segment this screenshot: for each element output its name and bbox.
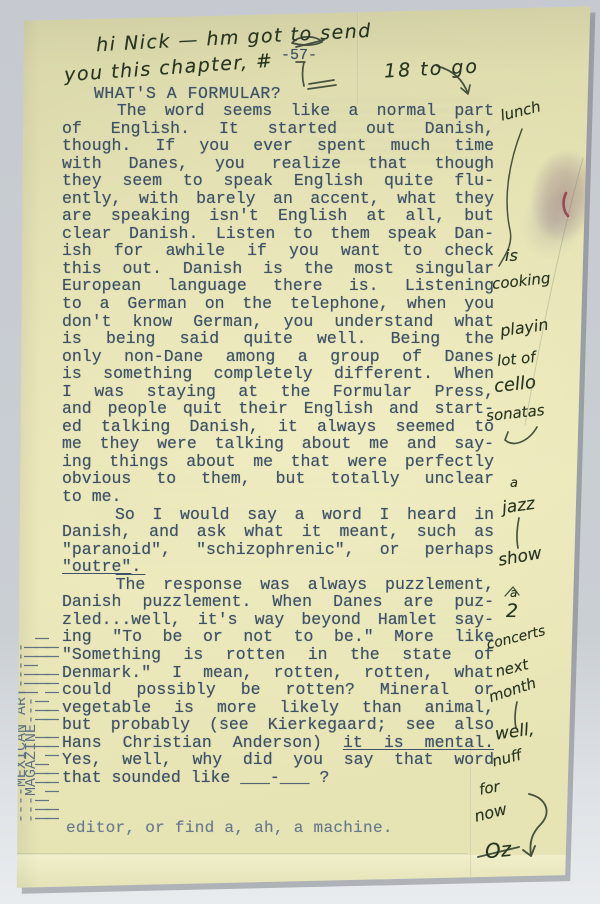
typed-line: Hans Christian Anderson) it is mental. xyxy=(62,734,494,752)
typed-line: So I would say a word I heard in xyxy=(62,506,494,524)
typed-line: Yes, well, why did you say that word xyxy=(62,751,494,769)
typed-line: ed talking Danish, it always seemed to xyxy=(62,418,494,436)
typed-line: me they were talking about me and say- xyxy=(62,435,494,453)
typed-line: vegetable is more likely than animal, xyxy=(62,699,494,717)
typed-line: Danish, and ask what it meant, such as xyxy=(62,523,494,541)
typed-line: ish for awhile if you want to check xyxy=(62,242,494,260)
typed-line: that sounded like ___-___ ? xyxy=(62,769,494,787)
margin-note-well: well, xyxy=(494,719,536,744)
typewritten-page: -57- WHAT'S A FORMULAR? The word seems l… xyxy=(0,0,600,904)
typed-line: of English. It started out Danish, xyxy=(62,120,494,138)
typed-line: clear Danish. Listen to them speak Dan- xyxy=(62,225,494,243)
typed-line: ing "To be or not to be." More like xyxy=(62,628,494,646)
margin-note-2: 2 xyxy=(506,600,518,622)
typed-line: don't know German, you understand what xyxy=(62,313,494,331)
typed-line: "paranoid", "schizophrenic", or perhaps xyxy=(62,541,494,559)
typed-line: The response was always puzzlement, xyxy=(62,576,494,594)
footer-typed-line: editor, or find a, ah, a machine. xyxy=(66,819,393,837)
margin-note-nuff: nuff xyxy=(490,746,523,771)
page-number: -57- xyxy=(281,47,317,64)
margin-note-jazz: jazz xyxy=(501,494,536,518)
typed-line: obvious to them, but totally unclear xyxy=(62,470,494,488)
margin-note-for: for xyxy=(478,777,501,798)
mexican-art-magazine-stamp: || || ||| || ||| || ||| ----MEXICAN ART-… xyxy=(6,573,59,823)
margin-note-show: show xyxy=(497,543,544,570)
crease-bottom-horizontal xyxy=(16,853,468,855)
typed-line: "Something is rotten in the state of xyxy=(62,646,494,664)
typed-line: and people quit their English and start- xyxy=(62,400,494,418)
margin-note-lunch: lunch xyxy=(498,97,542,124)
typed-line: European language there is. Listening xyxy=(62,277,494,295)
typed-line: could possibly be rotten? Mineral or xyxy=(62,681,494,699)
handwritten-pages-to-go: 18 to go xyxy=(383,56,479,83)
scanned-page-scene: -57- WHAT'S A FORMULAR? The word seems l… xyxy=(0,0,600,904)
typed-line: but probably (see Kierkegaard; see also xyxy=(62,716,494,734)
typed-line: with Danes, you realize that though xyxy=(62,155,494,173)
margin-note-a2: a xyxy=(510,586,517,600)
typed-line: though. If you ever spent much time xyxy=(62,137,494,155)
typed-line: to a German on the telephone, when you xyxy=(62,295,494,313)
handwritten-greeting-line2: you this chapter, # xyxy=(63,50,274,87)
margin-note-is: is xyxy=(505,246,518,265)
typed-lines: The word seems like a normal partof Engl… xyxy=(62,102,494,786)
typed-line: ing things about me that were perfectly xyxy=(62,453,494,471)
typed-line: is something completely different. When xyxy=(62,365,494,383)
typed-line: to me. xyxy=(62,488,494,506)
typed-line: "outre". xyxy=(62,558,494,576)
typed-line: they seem to speak English quite flu- xyxy=(62,172,494,190)
handwritten-greeting-line1: hi Nick — hm got to send xyxy=(96,20,373,56)
margin-note-month: month xyxy=(486,674,538,706)
typed-line: Denmark." I mean, rotten, rotten, what xyxy=(62,664,494,682)
typed-line: this out. Danish is the most singular xyxy=(62,260,494,278)
typed-line: zled...well, it's way beyond Hamlet say- xyxy=(62,611,494,629)
margin-note-cello: cello xyxy=(493,372,537,397)
margin-note-a1: a xyxy=(510,476,518,491)
signature-oz: Oz xyxy=(484,837,513,864)
stamp-line: || ||| ||| || ||| || xyxy=(48,573,59,823)
typed-line: ently, with barely an accent, what they xyxy=(62,190,494,208)
margin-note-concerts: concerts xyxy=(485,623,547,653)
margin-note-now: now xyxy=(472,799,509,825)
typed-line: The word seems like a normal part xyxy=(62,102,494,120)
typed-line: I was staying at the Formular Press, xyxy=(62,383,494,401)
typed-line: only non-Dane among a group of Danes xyxy=(62,348,494,366)
margin-note-lot-of: lot of xyxy=(496,348,536,370)
margin-note-playin: playin xyxy=(499,315,550,341)
typed-line: is being said quite well. Being the xyxy=(62,330,494,348)
margin-note-sonatas: sonatas xyxy=(485,401,545,425)
stamp-line: || || ||| || ||| || ||| xyxy=(6,573,17,823)
margin-note-cooking: cooking xyxy=(491,269,551,293)
typed-line: Danish puzzlement. When Danes are puz- xyxy=(62,593,494,611)
typed-line: are speaking isn't English at all, but xyxy=(62,207,494,225)
